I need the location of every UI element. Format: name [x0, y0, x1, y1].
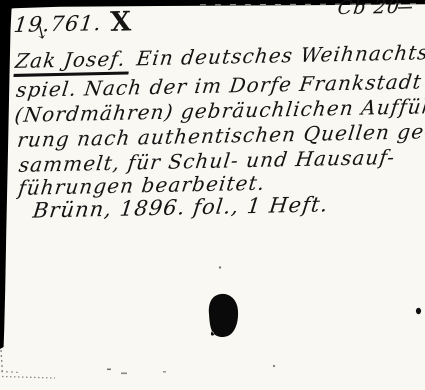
- catalog-card: 19.761.X Cb 20 ↓ Zak Josef.Ein deutsches…: [0, 0, 425, 390]
- author-heading: Zak Josef.: [13, 47, 131, 76]
- title-start: Ein deutsches Weihnachts-: [135, 41, 425, 70]
- shelfmark: Cb 20: [336, 0, 399, 20]
- size-mark: X: [110, 6, 132, 37]
- imprint-line: Brünn, 1896. fol., 1 Heft.: [31, 192, 327, 222]
- accession-number: 19.761.: [13, 11, 104, 37]
- accession-number-row: 19.761.X: [12, 5, 131, 39]
- handwritten-text-layer: 19.761.X Cb 20 ↓ Zak Josef.Ein deutsches…: [0, 0, 425, 390]
